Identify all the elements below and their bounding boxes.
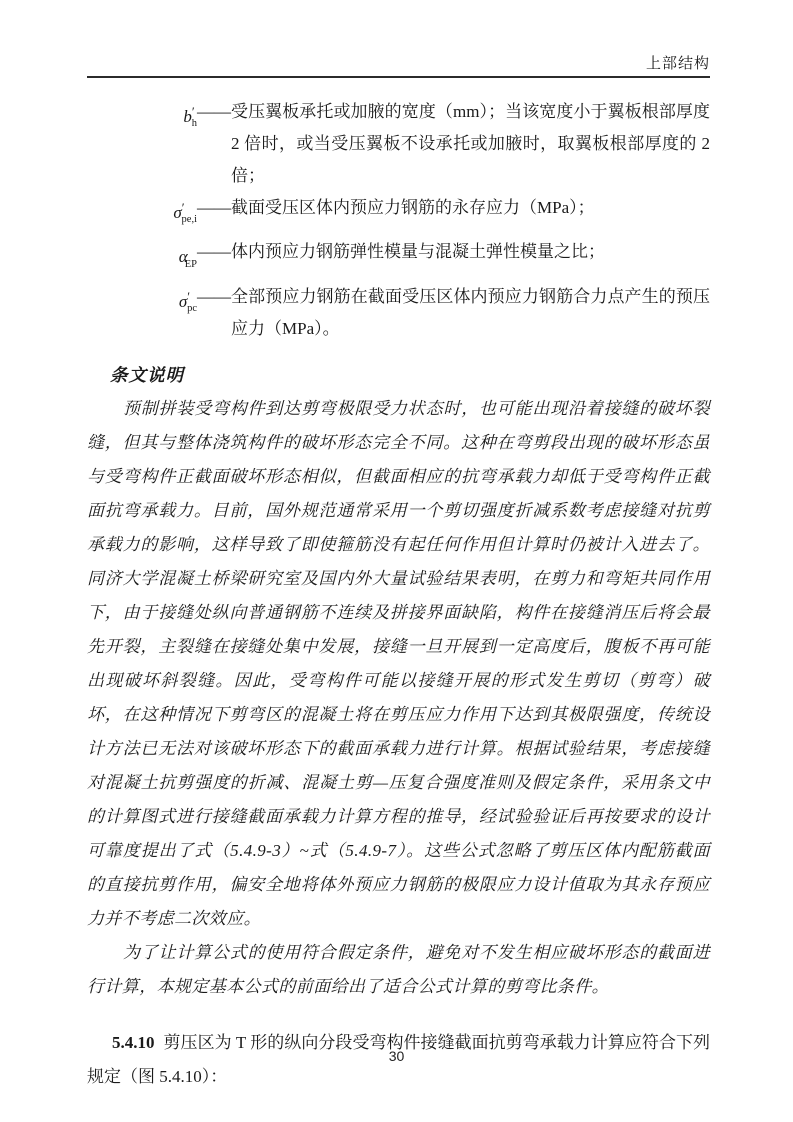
page-content: b′h —— 受压翼板承托或加腋的宽度（mm）；当该宽度小于翼板根部厚度 2 倍… [87,96,710,1094]
definition-text: 体内预应力钢筋弹性模量与混凝土弹性模量之比； [231,236,710,280]
definition-row: σ′pe,i —— 截面受压区体内预应力钢筋的永存应力（MPa）； [87,192,710,236]
symbol: αEP [87,236,197,280]
page-number: 30 [389,1048,405,1064]
definition-row: αEP —— 体内预应力钢筋弹性模量与混凝土弹性模量之比； [87,236,710,280]
symbol: σ′pc [87,281,197,345]
definition-text: 受压翼板承托或加腋的宽度（mm）；当该宽度小于翼板根部厚度 2 倍时，或当受压翼… [231,96,710,192]
definition-text: 全部预应力钢筋在截面受压区体内预应力钢筋合力点产生的预压应力（MPa）。 [231,281,710,345]
commentary-heading: 条文说明 [87,360,710,390]
symbol: b′h [87,96,197,192]
definition-dash: —— [197,192,231,236]
definition-text: 截面受压区体内预应力钢筋的永存应力（MPa）； [231,192,710,236]
page-footer: 30 [0,1048,793,1064]
definition-row: b′h —— 受压翼板承托或加腋的宽度（mm）；当该宽度小于翼板根部厚度 2 倍… [87,96,710,192]
definition-dash: —— [197,96,231,192]
running-header-title: 上部结构 [646,56,710,72]
commentary-paragraph: 预制拼装受弯构件到达剪弯极限受力状态时，也可能出现沿着接缝的破坏裂缝，但其与整体… [87,392,710,936]
running-header: 上部结构 [87,56,710,78]
symbol-definition-list: b′h —— 受压翼板承托或加腋的宽度（mm）；当该宽度小于翼板根部厚度 2 倍… [87,96,710,345]
commentary-paragraph: 为了让计算公式的使用符合假定条件，避免对不发生相应破坏形态的截面进行计算，本规定… [87,936,710,1004]
document-page: 上部结构 b′h —— 受压翼板承托或加腋的宽度（mm）；当该宽度小于翼板根部厚… [0,0,793,1122]
definition-dash: —— [197,281,231,345]
definition-dash: —— [197,236,231,280]
definition-row: σ′pc —— 全部预应力钢筋在截面受压区体内预应力钢筋合力点产生的预压应力（M… [87,281,710,345]
symbol: σ′pe,i [87,192,197,236]
